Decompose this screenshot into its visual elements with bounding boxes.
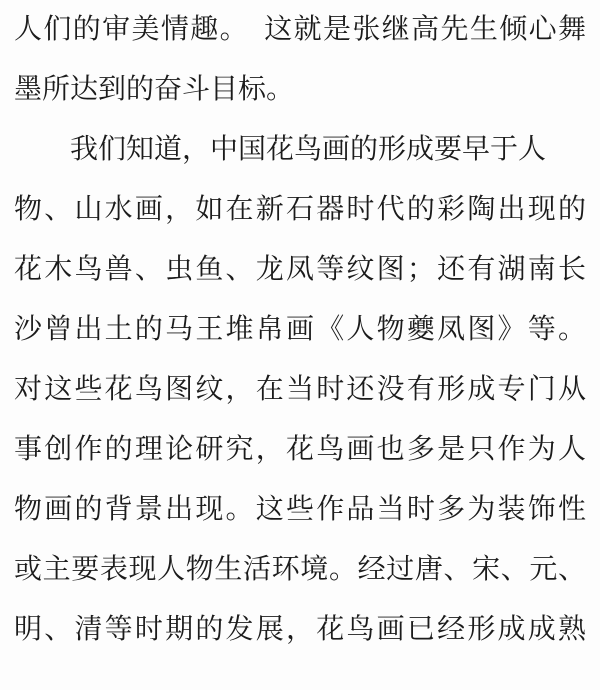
text-line: 物画的背景出现。这些作品当时多为装饰性 bbox=[14, 480, 586, 540]
page-text: 人们的审美情趣。 这就是张继高先生倾心舞墨所达到的奋斗目标。我们知道，中国花鸟画… bbox=[14, 0, 586, 660]
text-line: 墨所达到的奋斗目标。 bbox=[14, 60, 586, 120]
text-line: 花木鸟兽、虫鱼、龙凤等纹图；还有湖南长 bbox=[14, 240, 586, 300]
text-line: 或主要表现人物生活环境。经过唐、宋、元、 bbox=[14, 540, 586, 600]
text-line: 明、清等时期的发展，花鸟画已经形成成熟 bbox=[14, 600, 586, 660]
text-line: 沙曾出土的马王堆帛画《人物夔凤图》等。 bbox=[14, 300, 586, 360]
text-line: 对这些花鸟图纹，在当时还没有形成专门从 bbox=[14, 360, 586, 420]
text-line: 我们知道，中国花鸟画的形成要早于人 bbox=[14, 120, 586, 180]
text-line: 物、山水画，如在新石器时代的彩陶出现的 bbox=[14, 180, 586, 240]
scanned-page: 人们的审美情趣。 这就是张继高先生倾心舞墨所达到的奋斗目标。我们知道，中国花鸟画… bbox=[0, 0, 600, 690]
text-line: 事创作的理论研究，花鸟画也多是只作为人 bbox=[14, 420, 586, 480]
text-line: 人们的审美情趣。 这就是张继高先生倾心舞 bbox=[14, 0, 586, 60]
